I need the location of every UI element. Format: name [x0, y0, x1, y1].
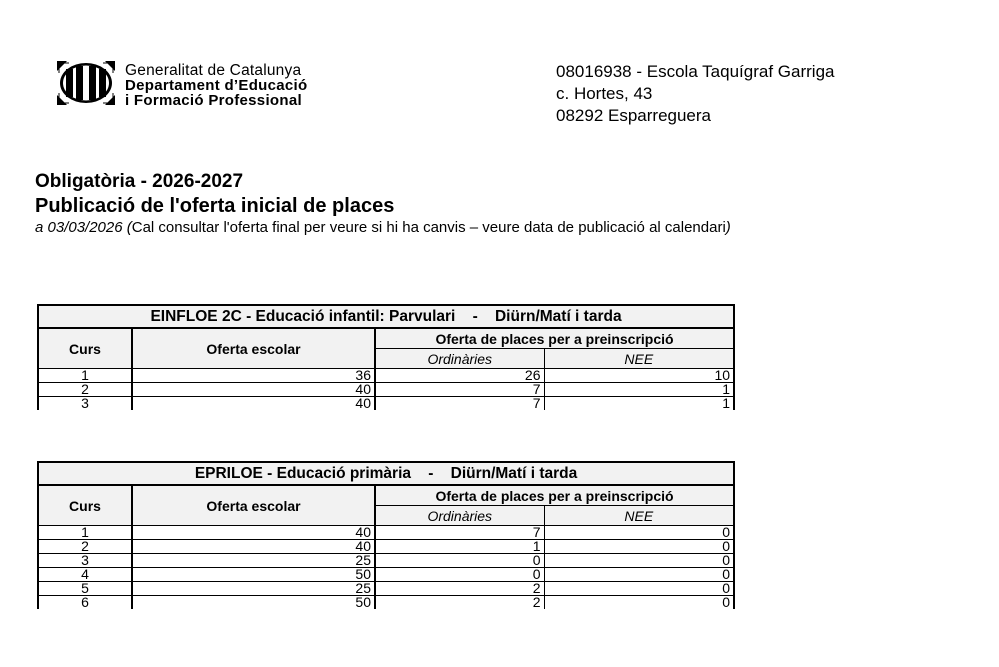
table-row: 65020: [38, 596, 734, 610]
cell-nee: 10: [544, 369, 734, 383]
cell-ordinaries: 2: [375, 582, 544, 596]
level-title: Obligatòria - 2026-2027: [35, 170, 731, 194]
table-row: 45000: [38, 568, 734, 582]
cell-oferta-escolar: 40: [132, 526, 375, 540]
org-line-1: Generalitat de Catalunya: [125, 63, 307, 78]
publication-note-close: ): [726, 219, 731, 236]
cell-curs: 4: [38, 568, 132, 582]
table-title: EPRILOE - Educació primària - Diürn/Matí…: [38, 462, 734, 485]
cell-nee: 0: [544, 582, 734, 596]
cell-ordinaries: 0: [375, 554, 544, 568]
cell-curs: 1: [38, 526, 132, 540]
col-header-nee: NEE: [544, 506, 734, 526]
school-postal-city: 08292 Esparreguera: [556, 105, 834, 127]
col-header-ordinaries: Ordinàries: [375, 349, 544, 369]
cell-oferta-escolar: 25: [132, 582, 375, 596]
publication-note: a 03/03/2026 (Cal consultar l'oferta fin…: [35, 218, 731, 238]
cell-curs: 2: [38, 383, 132, 397]
cell-ordinaries: 1: [375, 540, 544, 554]
cell-oferta-escolar: 50: [132, 596, 375, 610]
offer-table-primaria: EPRILOE - Educació primària - Diürn/Matí…: [37, 461, 735, 609]
cell-ordinaries: 7: [375, 397, 544, 411]
cell-nee: 0: [544, 526, 734, 540]
offer-table-infantil: EINFLOE 2C - Educació infantil: Parvular…: [37, 304, 735, 410]
school-address: c. Hortes, 43: [556, 83, 834, 105]
cell-curs: 3: [38, 554, 132, 568]
cell-nee: 0: [544, 540, 734, 554]
table-row: 24071: [38, 383, 734, 397]
table-row: 52520: [38, 582, 734, 596]
col-header-oferta-preinscripcio: Oferta de places per a preinscripció: [375, 485, 734, 506]
col-header-oferta-preinscripcio: Oferta de places per a preinscripció: [375, 328, 734, 349]
cell-oferta-escolar: 36: [132, 369, 375, 383]
school-info: 08016938 - Escola Taquígraf Garriga c. H…: [556, 61, 834, 127]
publication-note-text: Cal consultar l'oferta final per veure s…: [132, 219, 726, 236]
col-header-ordinaries: Ordinàries: [375, 506, 544, 526]
col-header-curs: Curs: [38, 328, 132, 369]
cell-oferta-escolar: 40: [132, 397, 375, 411]
cell-curs: 1: [38, 369, 132, 383]
table-row: 24010: [38, 540, 734, 554]
cell-curs: 3: [38, 397, 132, 411]
table-row: 34071: [38, 397, 734, 411]
cell-curs: 6: [38, 596, 132, 610]
col-header-oferta-escolar: Oferta escolar: [132, 328, 375, 369]
table-title: EINFLOE 2C - Educació infantil: Parvular…: [38, 305, 734, 328]
cell-ordinaries: 26: [375, 369, 544, 383]
cell-ordinaries: 7: [375, 526, 544, 540]
org-line-2: Departament d’Educació: [125, 78, 307, 93]
table-row: 32500: [38, 554, 734, 568]
cell-oferta-escolar: 25: [132, 554, 375, 568]
document-titles: Obligatòria - 2026-2027 Publicació de l'…: [35, 170, 731, 238]
cell-nee: 1: [544, 397, 734, 411]
cell-ordinaries: 0: [375, 568, 544, 582]
cell-nee: 0: [544, 568, 734, 582]
org-line-3: i Formació Professional: [125, 93, 307, 108]
cell-nee: 0: [544, 596, 734, 610]
cell-ordinaries: 2: [375, 596, 544, 610]
cell-curs: 2: [38, 540, 132, 554]
col-header-oferta-escolar: Oferta escolar: [132, 485, 375, 526]
col-header-curs: Curs: [38, 485, 132, 526]
table-row: 1362610: [38, 369, 734, 383]
publication-title: Publicació de l'oferta inicial de places: [35, 194, 731, 218]
organization-name: Generalitat de Catalunya Departament d’E…: [125, 63, 307, 108]
cell-nee: 0: [544, 554, 734, 568]
cell-oferta-escolar: 40: [132, 383, 375, 397]
cell-oferta-escolar: 50: [132, 568, 375, 582]
table-row: 14070: [38, 526, 734, 540]
generalitat-logo-icon: [57, 61, 115, 105]
school-code-name: 08016938 - Escola Taquígraf Garriga: [556, 61, 834, 83]
cell-nee: 1: [544, 383, 734, 397]
publication-date: a 03/03/2026 (: [35, 219, 132, 236]
cell-oferta-escolar: 40: [132, 540, 375, 554]
col-header-nee: NEE: [544, 349, 734, 369]
cell-curs: 5: [38, 582, 132, 596]
cell-ordinaries: 7: [375, 383, 544, 397]
